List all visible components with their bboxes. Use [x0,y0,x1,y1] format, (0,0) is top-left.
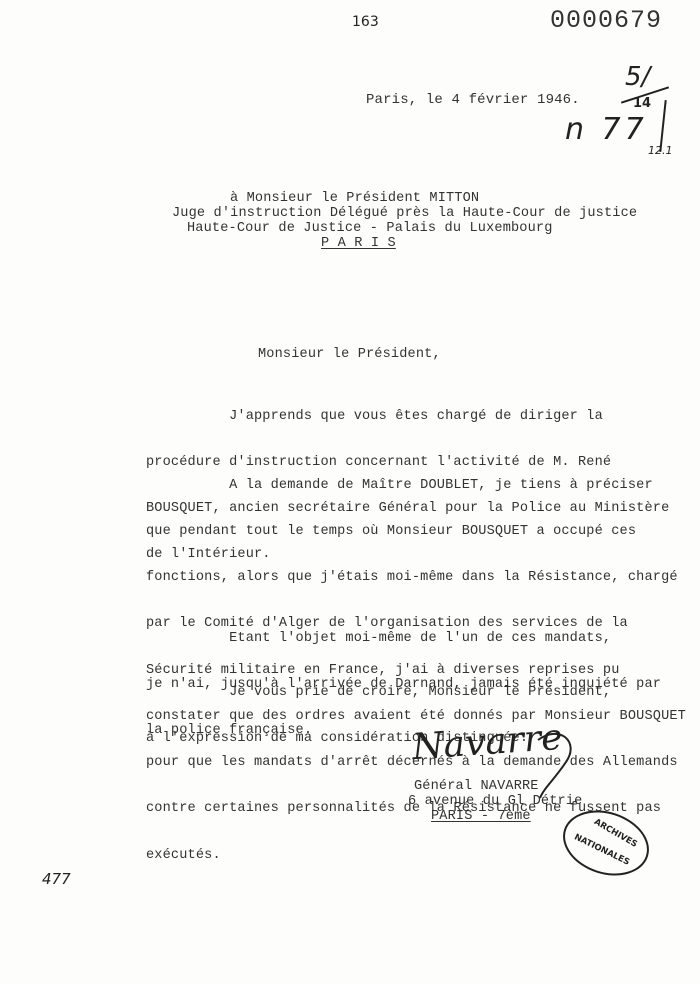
place-date: Paris, le 4 février 1946. [366,93,580,108]
salutation: Monsieur le Président, [258,347,441,362]
recipient-line-2: Juge d'instruction Délégué près la Haute… [172,206,637,221]
paragraph-line: fonctions, alors que j'étais moi-même da… [146,570,686,585]
paragraph-line: que pendant tout le temps où Monsieur BO… [146,524,686,539]
bottom-handwritten-number: 477 [42,870,71,888]
margin-annotation-small: 12.1 [648,144,673,157]
document-page: 163 0000679 5/ 14 n 77 12.1 Paris, le 4 … [0,0,700,984]
paragraph-line: Etant l'objet moi-même de l'un de ces ma… [146,631,661,646]
signatory-name: Général NAVARRE [414,779,539,794]
folio-number: 163 [352,14,379,30]
archive-stamp-number: 0000679 [550,6,662,35]
signatory-city: PARIS - 7ème [431,809,531,824]
recipient-city: P A R I S [321,236,396,251]
margin-annotation-mid: n 77 [565,112,648,147]
recipient-line-1: à Monsieur le Président MITTON [230,191,479,206]
recipient-line-3: Haute-Cour de Justice - Palais du Luxemb… [187,221,553,236]
paragraph-line: Je vous prie de croire, Monsieur le Prés… [146,685,611,700]
paragraph-line: A la demande de Maître DOUBLET, je tiens… [146,478,686,493]
margin-annotation-top: 5/ [625,62,650,92]
paragraph-line: J'apprends que vous êtes chargé de dirig… [146,409,669,424]
signatory-address: 6 avenue du Gl Détrie [408,794,582,809]
